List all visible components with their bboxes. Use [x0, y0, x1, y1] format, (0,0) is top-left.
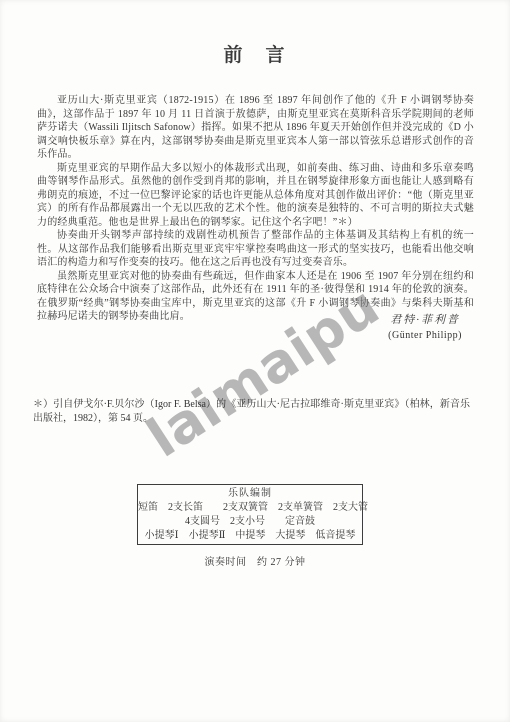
author-name-chinese: 君特·菲利普 [388, 311, 462, 327]
preface-paragraph-1: 亚历山大·斯克里亚宾（1872-1915）在 1896 至 1897 年间创作了… [37, 94, 474, 162]
orchestra-box-title: 乐队编制 [138, 487, 362, 501]
page-title: 前 言 [0, 40, 510, 67]
performance-duration-note: 演奏时间 约 27 分钟 [0, 553, 510, 568]
author-signature: 君特·菲利普 (Günter Philipp) [388, 311, 462, 341]
orchestra-line-strings: 小提琴Ⅰ 小提琴Ⅱ 中提琴 大提琴 低音提琴 [138, 529, 362, 543]
preface-page: 前 言 亚历山大·斯克里亚宾（1872-1915）在 1896 至 1897 年… [0, 0, 510, 722]
author-name-latin: (Günter Philipp) [388, 330, 462, 341]
orchestra-line-woodwinds: 短笛 2支长笛 2支双簧管 2支单簧管 2支大管 [138, 501, 362, 515]
preface-body: 亚历山大·斯克里亚宾（1872-1915）在 1896 至 1897 年间创作了… [37, 94, 474, 324]
orchestra-instrumentation-box: 乐队编制 短笛 2支长笛 2支双簧管 2支单簧管 2支大管 4支圆号 2支小号 … [137, 484, 363, 545]
preface-paragraph-2: 斯克里亚宾的早期作品大多以短小的体裁形式出现，如前奏曲、练习曲、诗曲和多乐章奏鸣… [37, 162, 474, 230]
preface-paragraph-3: 协奏曲开头钢琴声部持续的戏剧性动机预告了整部作品的主体基调及其结构上有机的统一性… [37, 229, 474, 270]
footnote: ＊）引自伊戈尔·F.贝尔沙（Igor F. Belsa）的《亚历山大·尼古拉耶维… [33, 398, 470, 425]
orchestra-line-brass-percussion: 4支圆号 2支小号 定音鼓 [138, 515, 362, 529]
